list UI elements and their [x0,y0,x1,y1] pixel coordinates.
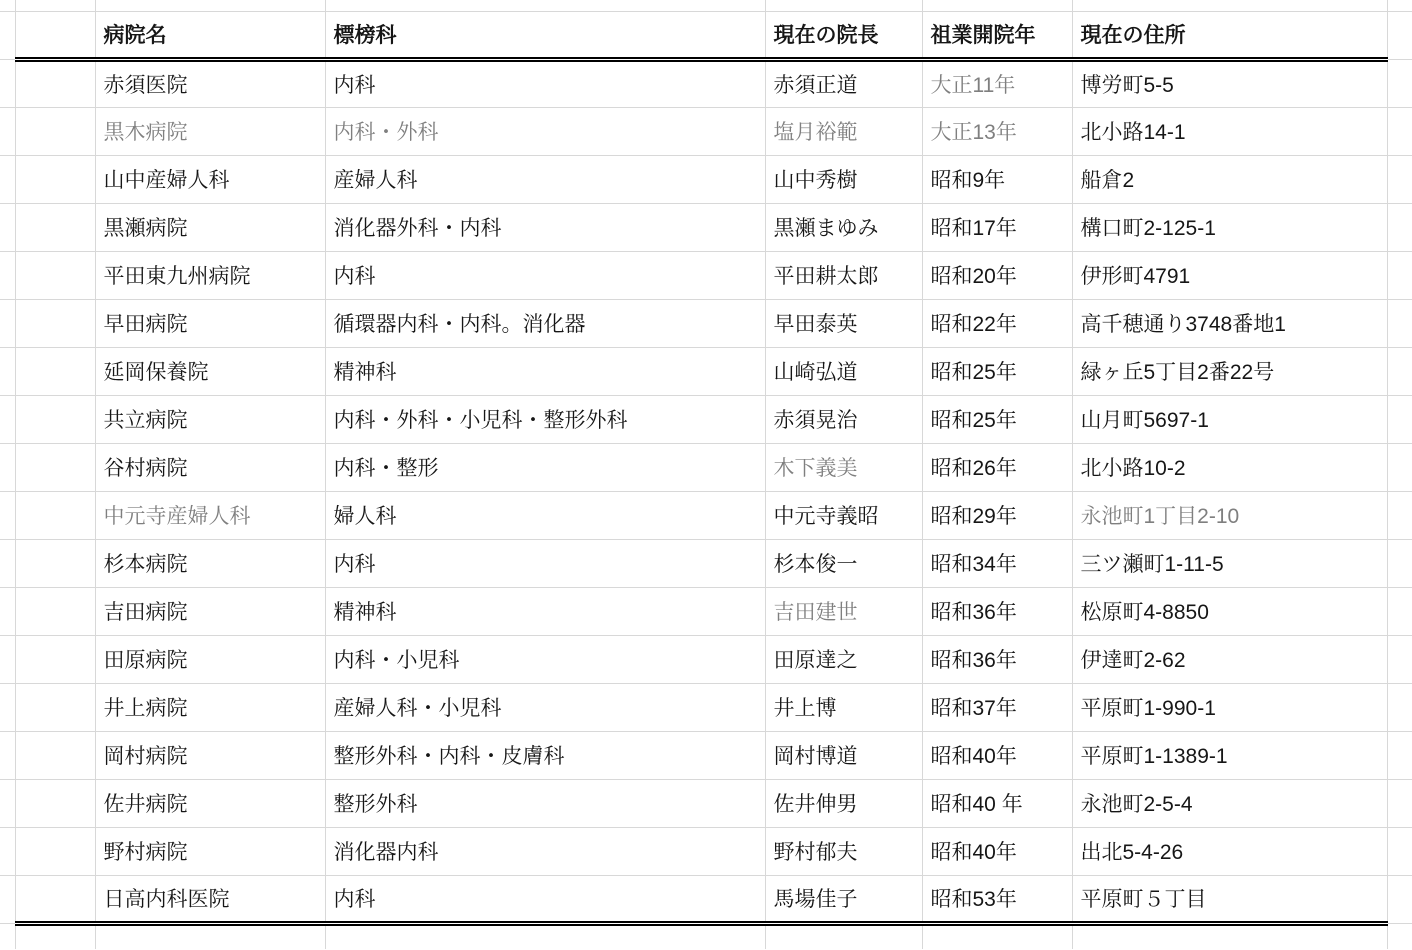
empty-cell[interactable] [15,827,95,875]
table-row: 早田病院 循環器内科・内科。消化器 早田泰英 昭和22年 高千穂通り3748番地… [0,299,1412,347]
cell-founded[interactable]: 昭和22年 [922,299,1072,347]
cell-address[interactable]: 永池町1丁目2-10 [1072,491,1387,539]
empty-cell[interactable] [325,0,765,11]
cell-departments[interactable]: 循環器内科・内科。消化器 [325,299,765,347]
cell-address[interactable]: 伊達町2-62 [1072,635,1387,683]
cell-hospital[interactable]: 黒木病院 [95,107,325,155]
table-row: 田原病院 内科・小児科 田原達之 昭和36年 伊達町2-62 [0,635,1412,683]
empty-cell[interactable] [1387,347,1412,395]
empty-cell[interactable] [0,11,15,59]
cell-address[interactable]: 船倉2 [1072,155,1387,203]
table-row [0,0,1412,11]
cell-departments[interactable]: 内科・小児科 [325,635,765,683]
empty-cell[interactable] [0,491,15,539]
cell-address[interactable]: 構口町2-125-1 [1072,203,1387,251]
cell-director[interactable]: 赤須晃治 [765,395,922,443]
cell-founded[interactable]: 昭和36年 [922,587,1072,635]
empty-cell[interactable] [15,155,95,203]
table-row: 杉本病院 内科 杉本俊一 昭和34年 三ツ瀬町1-11-5 [0,539,1412,587]
cell-departments[interactable]: 内科 [325,251,765,299]
empty-cell[interactable] [1387,731,1412,779]
cell-hospital[interactable]: 早田病院 [95,299,325,347]
cell-founded[interactable]: 昭和40年 [922,827,1072,875]
cell-hospital[interactable]: 中元寺産婦人科 [95,491,325,539]
cell-founded[interactable]: 昭和53年 [922,875,1072,923]
cell-founded[interactable]: 昭和34年 [922,539,1072,587]
empty-cell[interactable] [1387,299,1412,347]
empty-cell[interactable] [0,875,15,923]
empty-cell[interactable] [1072,0,1387,11]
cell-hospital[interactable]: 田原病院 [95,635,325,683]
cell-departments[interactable]: 内科 [325,539,765,587]
empty-cell[interactable] [15,251,95,299]
cell-hospital[interactable]: 共立病院 [95,395,325,443]
cell-address[interactable]: 山月町5697-1 [1072,395,1387,443]
empty-cell[interactable] [15,203,95,251]
empty-cell[interactable] [1387,11,1412,59]
cell-departments[interactable]: 内科・外科・小児科・整形外科 [325,395,765,443]
empty-cell[interactable] [15,539,95,587]
cell-founded[interactable]: 昭和36年 [922,635,1072,683]
empty-cell[interactable] [0,683,15,731]
empty-cell[interactable] [15,875,95,923]
empty-cell[interactable] [1387,443,1412,491]
cell-director[interactable]: 田原達之 [765,635,922,683]
cell-hospital[interactable]: 佐井病院 [95,779,325,827]
cell-founded[interactable]: 昭和29年 [922,491,1072,539]
empty-cell[interactable] [1387,923,1412,949]
empty-cell[interactable] [15,0,95,11]
hospital-table: 病院名 標榜科 現在の院長 祖業開院年 現在の住所 赤須医院 内科 赤須正道 大… [0,0,1412,949]
cell-director[interactable]: 山崎弘道 [765,347,922,395]
cell-director[interactable]: 黒瀬まゆみ [765,203,922,251]
cell-departments[interactable]: 精神科 [325,347,765,395]
table-row: 井上病院 産婦人科・小児科 井上博 昭和37年 平原町1-990-1 [0,683,1412,731]
cell-hospital[interactable]: 岡村病院 [95,731,325,779]
cell-director[interactable]: 木下義美 [765,443,922,491]
cell-departments[interactable]: 婦人科 [325,491,765,539]
empty-cell[interactable] [15,107,95,155]
cell-hospital[interactable]: 谷村病院 [95,443,325,491]
cell-hospital[interactable]: 平田東九州病院 [95,251,325,299]
cell-address[interactable]: 永池町2-5-4 [1072,779,1387,827]
empty-cell[interactable] [325,923,765,949]
cell-address[interactable]: 伊形町4791 [1072,251,1387,299]
empty-cell[interactable] [0,827,15,875]
empty-cell[interactable] [0,347,15,395]
cell-founded[interactable]: 昭和26年 [922,443,1072,491]
cell-address[interactable]: 緑ヶ丘5丁目2番22号 [1072,347,1387,395]
empty-cell[interactable] [1072,923,1387,949]
cell-director[interactable]: 早田泰英 [765,299,922,347]
empty-cell[interactable] [15,491,95,539]
empty-cell[interactable] [1387,635,1412,683]
empty-cell[interactable] [0,395,15,443]
empty-cell[interactable] [95,0,325,11]
empty-cell[interactable] [1387,491,1412,539]
empty-cell[interactable] [1387,155,1412,203]
empty-cell[interactable] [15,299,95,347]
empty-cell[interactable] [0,203,15,251]
cell-founded[interactable]: 昭和25年 [922,395,1072,443]
empty-cell[interactable] [15,587,95,635]
table-row: 黒瀬病院 消化器外科・内科 黒瀬まゆみ 昭和17年 構口町2-125-1 [0,203,1412,251]
header-row: 病院名 標榜科 現在の院長 祖業開院年 現在の住所 [0,11,1412,59]
cell-founded[interactable]: 昭和40年 [922,731,1072,779]
cell-departments[interactable]: 整形外科 [325,779,765,827]
column-header-departments[interactable]: 標榜科 [325,11,765,59]
empty-cell[interactable] [1387,395,1412,443]
cell-hospital[interactable]: 吉田病院 [95,587,325,635]
cell-departments[interactable]: 産婦人科 [325,155,765,203]
cell-hospital[interactable]: 井上病院 [95,683,325,731]
cell-director[interactable]: 佐井伸男 [765,779,922,827]
empty-cell[interactable] [1387,203,1412,251]
table-row: 野村病院 消化器内科 野村郁夫 昭和40年 出北5-4-26 [0,827,1412,875]
cell-director[interactable]: 杉本俊一 [765,539,922,587]
empty-cell[interactable] [15,59,95,107]
cell-director[interactable]: 野村郁夫 [765,827,922,875]
cell-departments[interactable]: 内科 [325,875,765,923]
empty-cell[interactable] [15,11,95,59]
empty-cell[interactable] [1387,0,1412,11]
empty-cell[interactable] [1387,779,1412,827]
empty-cell[interactable] [0,731,15,779]
column-header-founded[interactable]: 祖業開院年 [922,11,1072,59]
empty-cell[interactable] [15,683,95,731]
cell-hospital[interactable]: 野村病院 [95,827,325,875]
empty-cell[interactable] [1387,587,1412,635]
cell-director[interactable]: 赤須正道 [765,59,922,107]
cell-director[interactable]: 井上博 [765,683,922,731]
empty-cell[interactable] [0,0,15,11]
cell-founded[interactable]: 昭和20年 [922,251,1072,299]
cell-departments[interactable]: 内科・外科 [325,107,765,155]
cell-address[interactable]: 北小路10-2 [1072,443,1387,491]
empty-cell[interactable] [0,539,15,587]
empty-cell[interactable] [0,587,15,635]
table-row: 山中産婦人科 産婦人科 山中秀樹 昭和9年 船倉2 [0,155,1412,203]
empty-cell[interactable] [0,155,15,203]
empty-cell[interactable] [15,731,95,779]
empty-cell[interactable] [15,443,95,491]
table-row: 吉田病院 精神科 吉田建世 昭和36年 松原町4-8850 [0,587,1412,635]
cell-hospital[interactable]: 山中産婦人科 [95,155,325,203]
cell-founded[interactable]: 昭和40 年 [922,779,1072,827]
empty-cell[interactable] [0,779,15,827]
cell-director[interactable]: 岡村博道 [765,731,922,779]
cell-director[interactable]: 吉田建世 [765,587,922,635]
empty-cell[interactable] [765,923,922,949]
empty-cell[interactable] [15,923,95,949]
cell-director[interactable]: 塩月裕範 [765,107,922,155]
cell-departments[interactable]: 精神科 [325,587,765,635]
empty-cell[interactable] [922,0,1072,11]
empty-cell[interactable] [1387,683,1412,731]
cell-address[interactable]: 出北5-4-26 [1072,827,1387,875]
cell-hospital[interactable]: 延岡保養院 [95,347,325,395]
empty-cell[interactable] [0,923,15,949]
cell-hospital[interactable]: 黒瀬病院 [95,203,325,251]
column-header-director[interactable]: 現在の院長 [765,11,922,59]
table-row: 佐井病院 整形外科 佐井伸男 昭和40 年 永池町2-5-4 [0,779,1412,827]
cell-founded[interactable]: 昭和9年 [922,155,1072,203]
empty-cell[interactable] [1387,251,1412,299]
cell-address[interactable]: 博労町5-5 [1072,59,1387,107]
cell-founded[interactable]: 昭和37年 [922,683,1072,731]
cell-director[interactable]: 馬場佳子 [765,875,922,923]
table-row: 谷村病院 内科・整形 木下義美 昭和26年 北小路10-2 [0,443,1412,491]
table-row [0,923,1412,949]
cell-address[interactable]: 北小路14-1 [1072,107,1387,155]
cell-founded[interactable]: 大正13年 [922,107,1072,155]
empty-cell[interactable] [0,107,15,155]
cell-hospital[interactable]: 杉本病院 [95,539,325,587]
empty-cell[interactable] [0,251,15,299]
cell-departments[interactable]: 消化器外科・内科 [325,203,765,251]
cell-address[interactable]: 平原町1-990-1 [1072,683,1387,731]
column-header-hospital[interactable]: 病院名 [95,11,325,59]
empty-cell[interactable] [1387,827,1412,875]
empty-cell[interactable] [1387,539,1412,587]
cell-founded[interactable]: 昭和25年 [922,347,1072,395]
cell-address[interactable]: 松原町4-8850 [1072,587,1387,635]
cell-departments[interactable]: 産婦人科・小児科 [325,683,765,731]
table-row: 延岡保養院 精神科 山崎弘道 昭和25年 緑ヶ丘5丁目2番22号 [0,347,1412,395]
empty-cell[interactable] [765,0,922,11]
cell-departments[interactable]: 内科 [325,59,765,107]
cell-departments[interactable]: 内科・整形 [325,443,765,491]
cell-address[interactable]: 三ツ瀬町1-11-5 [1072,539,1387,587]
empty-cell[interactable] [1387,107,1412,155]
empty-cell[interactable] [0,635,15,683]
cell-address[interactable]: 高千穂通り3748番地1 [1072,299,1387,347]
empty-cell[interactable] [0,59,15,107]
empty-cell[interactable] [1387,875,1412,923]
empty-cell[interactable] [15,347,95,395]
empty-cell[interactable] [1387,59,1412,107]
table-row: 黒木病院 内科・外科 塩月裕範 大正13年 北小路14-1 [0,107,1412,155]
cell-director[interactable]: 山中秀樹 [765,155,922,203]
cell-departments[interactable]: 消化器内科 [325,827,765,875]
empty-cell[interactable] [0,299,15,347]
table-row: 赤須医院 内科 赤須正道 大正11年 博労町5-5 [0,59,1412,107]
cell-departments[interactable]: 整形外科・内科・皮膚科 [325,731,765,779]
table-row: 日高内科医院 内科 馬場佳子 昭和53年 平原町５丁目 [0,875,1412,923]
empty-cell[interactable] [922,923,1072,949]
column-header-address[interactable]: 現在の住所 [1072,11,1387,59]
empty-cell[interactable] [15,395,95,443]
empty-cell[interactable] [95,923,325,949]
empty-cell[interactable] [15,779,95,827]
cell-founded[interactable]: 昭和17年 [922,203,1072,251]
table-row: 中元寺産婦人科 婦人科 中元寺義昭 昭和29年 永池町1丁目2-10 [0,491,1412,539]
empty-cell[interactable] [15,635,95,683]
table-row: 岡村病院 整形外科・内科・皮膚科 岡村博道 昭和40年 平原町1-1389-1 [0,731,1412,779]
cell-director[interactable]: 平田耕太郎 [765,251,922,299]
cell-founded[interactable]: 大正11年 [922,59,1072,107]
cell-director[interactable]: 中元寺義昭 [765,491,922,539]
cell-hospital[interactable]: 赤須医院 [95,59,325,107]
cell-address[interactable]: 平原町1-1389-1 [1072,731,1387,779]
table-row: 平田東九州病院 内科 平田耕太郎 昭和20年 伊形町4791 [0,251,1412,299]
table-row: 共立病院 内科・外科・小児科・整形外科 赤須晃治 昭和25年 山月町5697-1 [0,395,1412,443]
cell-address[interactable]: 平原町５丁目 [1072,875,1387,923]
cell-hospital[interactable]: 日高内科医院 [95,875,325,923]
empty-cell[interactable] [0,443,15,491]
